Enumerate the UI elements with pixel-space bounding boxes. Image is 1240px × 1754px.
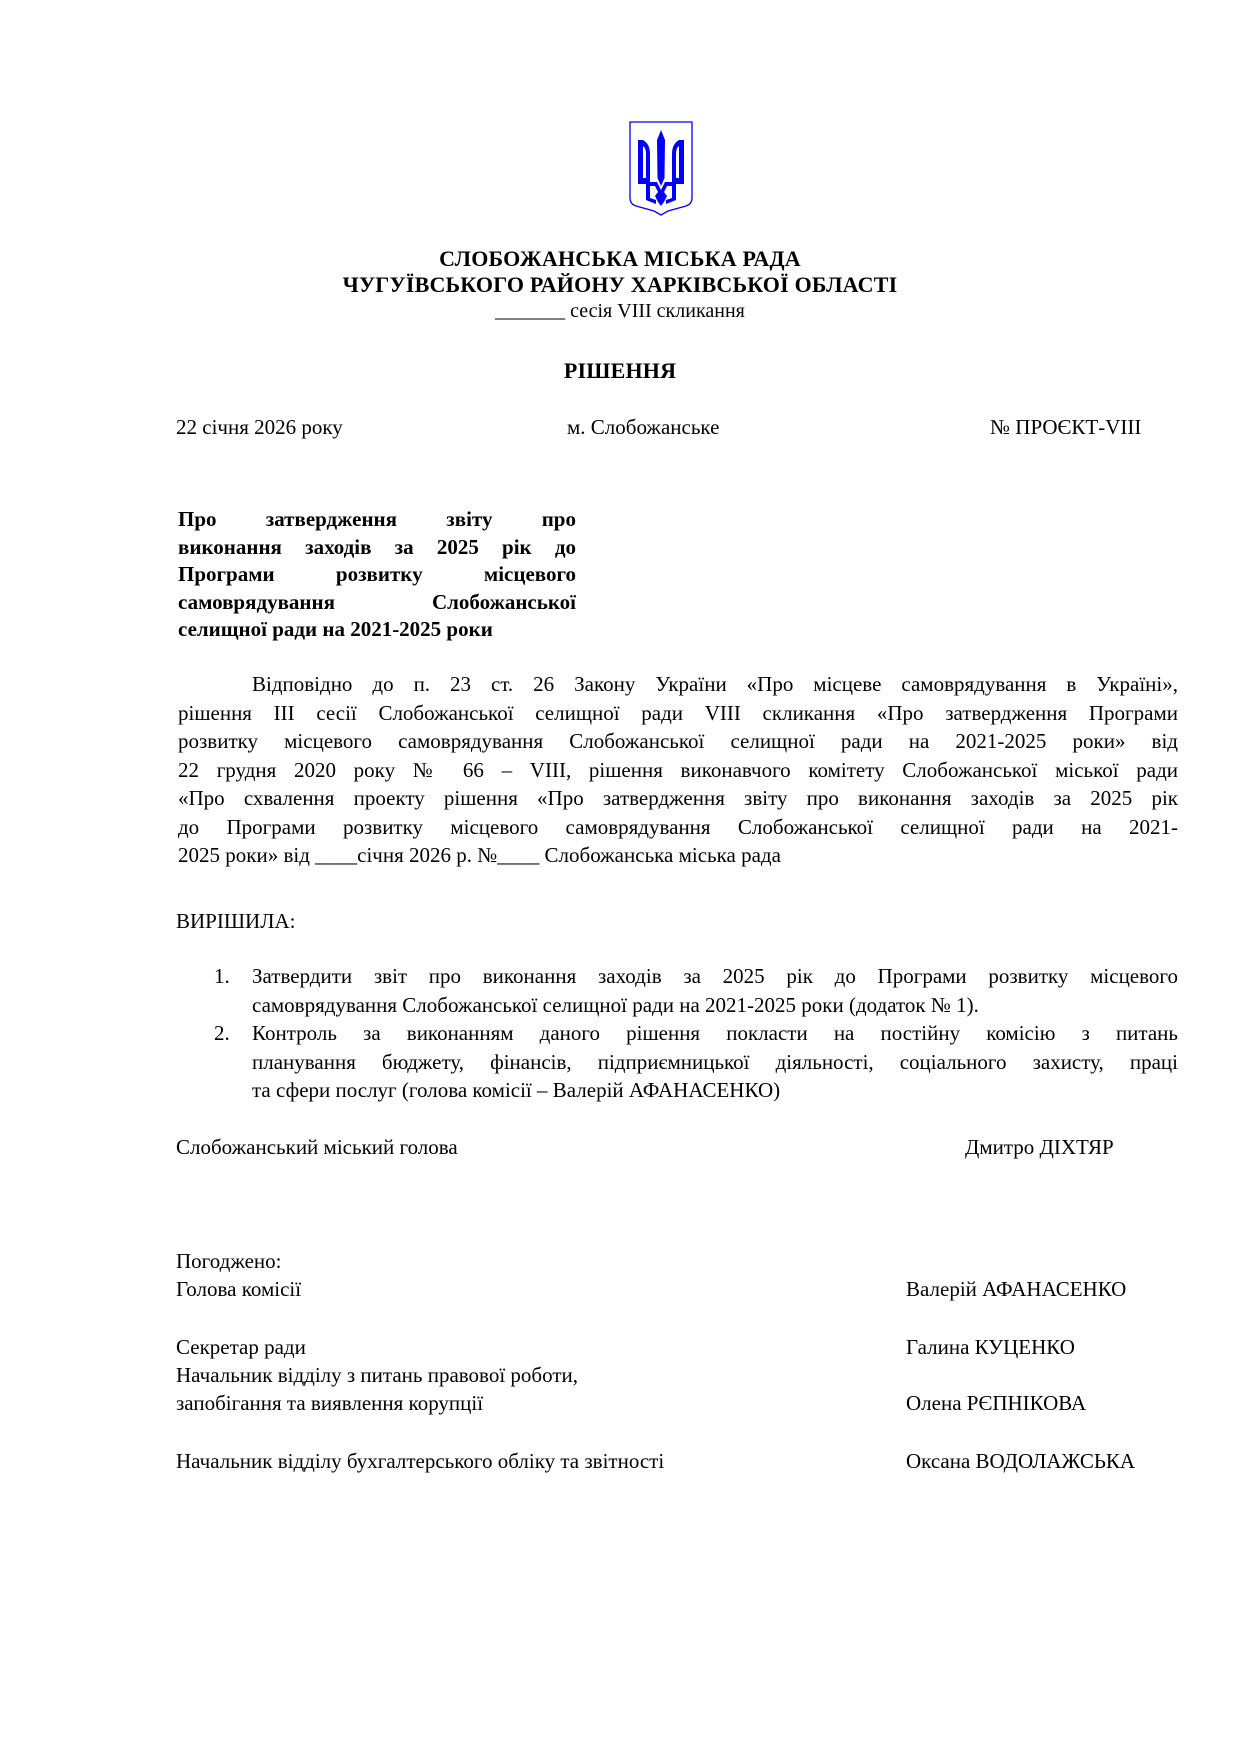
approval-position: Голова комісії [176,1276,301,1303]
resolution-item-1: 1. Затвердити звіт про виконання заходів… [214,962,1178,1019]
resolution-list: 1. Затвердити звіт про виконання заходів… [214,962,1178,1105]
signature-name: Дмитро ДІХТЯР [965,1134,1114,1161]
resolution-item-2: 2. Контроль за виконанням даного рішення… [214,1019,1178,1105]
approval-position: Начальник відділу бухгалтерського обліку… [176,1448,664,1475]
approval-position: Секретар ради [176,1334,306,1361]
session-line: _______ сесія VIII скликання [0,300,1240,323]
approval-name: Валерій АФАНАСЕНКО [906,1276,1126,1303]
decision-title: Про затвердження звіту про виконання зах… [178,506,576,644]
document-date: 22 січня 2026 року [176,414,343,441]
preamble-line: розвитку місцевого самоврядування Слобож… [178,727,1178,756]
preamble-line: 2025 роки» від ____січня 2026 р. №____ С… [178,841,1178,870]
preamble-paragraph: Відповідно до п. 23 ст. 26 Закону Україн… [178,670,1178,870]
item-line: та сфери послуг (голова комісії – Валері… [252,1076,1178,1105]
preamble-line: 22 грудня 2020 року № 66 – VIII, рішення… [178,756,1178,785]
document-place: м. Слобожанське [567,414,719,441]
title-line: Програми розвитку місцевого [178,561,576,589]
title-line: Про затвердження звіту про [178,506,576,534]
preamble-line: «Про схвалення проекту рішення «Про затв… [178,784,1178,813]
preamble-line: до Програми розвитку місцевого самовряду… [178,813,1178,842]
approval-name: Галина КУЦЕНКО [906,1334,1075,1361]
item-line: Контроль за виконанням даного рішення по… [252,1019,1178,1048]
council-name: СЛОБОЖАНСЬКА МІСЬКА РАДА [0,246,1240,272]
district-line: ЧУГУЇВСЬКОГО РАЙОНУ ХАРКІВСЬКОЇ ОБЛАСТІ [0,272,1240,298]
preamble-line: рішення ІІІ сесії Слобожанської селищної… [178,699,1178,728]
approval-position: Начальник відділу з питань правової робо… [176,1362,578,1389]
document-type: РІШЕННЯ [0,358,1240,384]
session-blank: _______ [495,300,565,322]
item-line: самоврядування Слобожанської селищної ра… [252,991,1178,1020]
item-number: 2. [214,1019,230,1048]
title-line: самоврядування Слобожанської [178,589,576,617]
approval-name: Оксана ВОДОЛАЖСЬКА [906,1448,1135,1475]
item-line: планування бюджету, фінансів, підприємни… [252,1048,1178,1077]
approvals-label: Погоджено: [176,1248,281,1275]
document-number: № ПРОЄКТ-VIII [990,414,1141,441]
item-line: Затвердити звіт про виконання заходів за… [252,962,1178,991]
resolved-label: ВИРІШИЛА: [176,908,295,935]
preamble-line: Відповідно до п. 23 ст. 26 Закону Україн… [178,670,1178,699]
title-line: селищної ради на 2021-2025 роки [178,616,576,644]
title-line: виконання заходів за 2025 рік до [178,534,576,562]
ukraine-coat-of-arms-icon [628,120,694,216]
item-number: 1. [214,962,230,991]
session-text: сесія VIII скликання [565,300,745,322]
signature-position: Слобожанський міський голова [176,1134,458,1161]
approval-name: Олена РЄПНІКОВА [906,1390,1086,1417]
approval-position-continued: запобігання та виявлення корупції [176,1390,483,1417]
